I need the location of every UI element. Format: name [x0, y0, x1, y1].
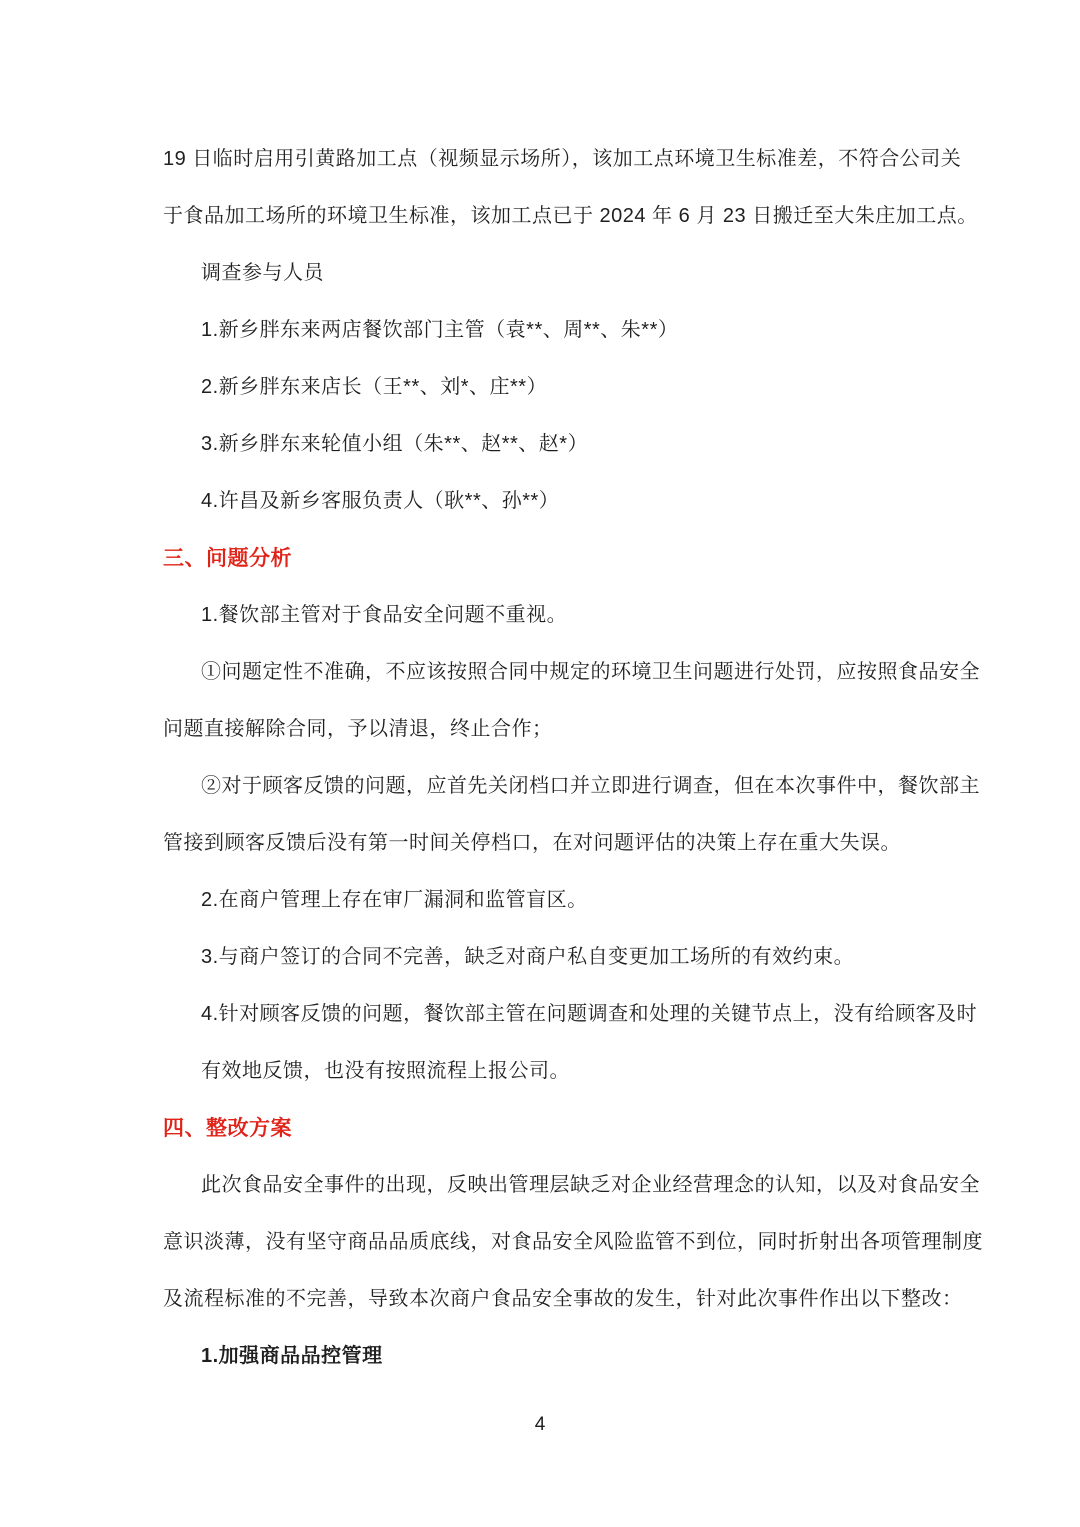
plan-line: 及流程标准的不完善，导致本次商户食品安全事故的发生，针对此次事件作出以下整改：: [163, 1271, 960, 1328]
analysis-line: 4.针对顾客反馈的问题，餐饮部主管在问题调查和处理的关键节点上，没有给顾客及时: [163, 986, 960, 1043]
page-footer: 4: [0, 1399, 1080, 1451]
document-page: 19 日临时启用引黄路加工点（视频显示场所），该加工点环境卫生标准差，不符合公司…: [0, 0, 1080, 1527]
participant-item: 3.新乡胖东来轮值小组（朱**、赵**、赵*）: [163, 416, 960, 473]
analysis-line: 有效地反馈，也没有按照流程上报公司。: [163, 1043, 960, 1100]
participant-item: 1.新乡胖东来两店餐饮部门主管（袁**、周**、朱**）: [163, 302, 960, 359]
intro-line-2: 于食品加工场所的环境卫生标准，该加工点已于 2024 年 6 月 23 日搬迁至…: [163, 188, 960, 245]
intro-line-1: 19 日临时启用引黄路加工点（视频显示场所），该加工点环境卫生标准差，不符合公司…: [163, 131, 960, 188]
participant-item: 2.新乡胖东来店长（王**、刘*、庄**）: [163, 359, 960, 416]
analysis-line: 3.与商户签订的合同不完善，缺乏对商户私自变更加工场所的有效约束。: [163, 929, 960, 986]
analysis-line: 管接到顾客反馈后没有第一时间关停档口，在对问题评估的决策上存在重大失误。: [163, 815, 960, 872]
analysis-line: 问题直接解除合同，予以清退，终止合作；: [163, 701, 960, 758]
analysis-line: 1.餐饮部主管对于食品安全问题不重视。: [163, 587, 960, 644]
analysis-line: ①问题定性不准确，不应该按照合同中规定的环境卫生问题进行处罚，应按照食品安全: [163, 644, 960, 701]
analysis-line: ②对于顾客反馈的问题，应首先关闭档口并立即进行调查，但在本次事件中，餐饮部主: [163, 758, 960, 815]
document-body: 19 日临时启用引黄路加工点（视频显示场所），该加工点环境卫生标准差，不符合公司…: [163, 131, 960, 1385]
section-heading-analysis: 三、问题分析: [163, 530, 960, 587]
participant-item: 4.许昌及新乡客服负责人（耿**、孙**）: [163, 473, 960, 530]
plan-line: 意识淡薄，没有坚守商品品质底线，对食品安全风险监管不到位，同时折射出各项管理制度: [163, 1214, 960, 1271]
plan-subheading: 1.加强商品品控管理: [163, 1328, 960, 1385]
page-number: 4: [535, 1414, 546, 1435]
analysis-line: 2.在商户管理上存在审厂漏洞和监管盲区。: [163, 872, 960, 929]
investigation-title: 调查参与人员: [163, 245, 960, 302]
section-heading-plan: 四、整改方案: [163, 1100, 960, 1157]
plan-line: 此次食品安全事件的出现，反映出管理层缺乏对企业经营理念的认知，以及对食品安全: [163, 1157, 960, 1214]
